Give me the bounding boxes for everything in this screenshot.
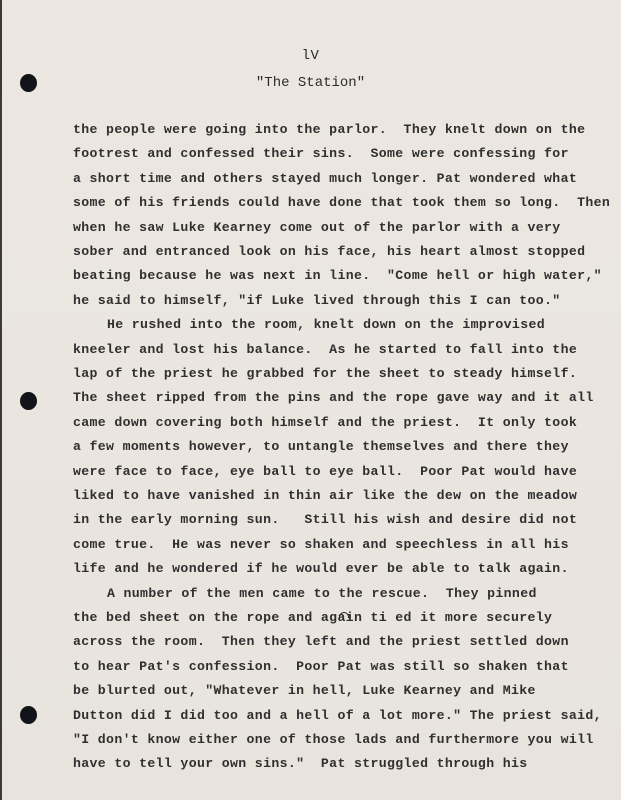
text-line: liked to have vanished in thin air like …	[73, 488, 577, 503]
text-line: when he saw Luke Kearney come out of the…	[73, 220, 561, 235]
page-number: lV	[0, 48, 621, 64]
text-line: "I don't know either one of those lads a…	[73, 732, 594, 747]
text-line: sober and entranced look on his face, hi…	[73, 244, 585, 259]
text-line: the people were going into the parlor. T…	[73, 122, 585, 137]
text-line: across the room. Then they left and the …	[73, 634, 569, 649]
text-line: The sheet ripped from the pins and the r…	[73, 390, 594, 405]
text-line: the bed sheet on the rope and again ti e…	[73, 610, 552, 625]
text-line: a short time and others stayed much long…	[73, 171, 577, 186]
page-edge-shadow	[0, 0, 2, 800]
text-line: beating because he was next in line. "Co…	[73, 268, 602, 283]
text-line: come true. He was never so shaken and sp…	[73, 537, 569, 552]
text-line: kneeler and lost his balance. As he star…	[73, 342, 577, 357]
text-line: footrest and confessed their sins. Some …	[73, 146, 569, 161]
text-line: lap of the priest he grabbed for the she…	[73, 366, 577, 381]
handwritten-correction-mark	[339, 612, 349, 618]
text-line: Dutton did I did too and a hell of a lot…	[73, 708, 602, 723]
text-line: be blurted out, "Whatever in hell, Luke …	[73, 683, 536, 698]
text-line: a few moments however, to untangle thems…	[73, 439, 569, 454]
text-line: have to tell your own sins." Pat struggl…	[73, 756, 528, 771]
text-line: to hear Pat's confession. Poor Pat was s…	[73, 659, 569, 674]
chapter-title: "The Station"	[0, 75, 621, 91]
text-line: A number of the men came to the rescue. …	[107, 586, 537, 601]
typed-page: lV "The Station" the people were going i…	[0, 0, 621, 800]
text-line: life and he wondered if he would ever be…	[73, 561, 569, 576]
text-line: were face to face, eye ball to eye ball.…	[73, 464, 577, 479]
text-line: some of his friends could have done that…	[73, 195, 610, 210]
punch-hole-bottom	[20, 706, 37, 724]
text-line: He rushed into the room, knelt down on t…	[107, 317, 545, 332]
text-line: in the early morning sun. Still his wish…	[73, 512, 577, 527]
text-line: he said to himself, "if Luke lived throu…	[73, 293, 561, 308]
text-line: came down covering both himself and the …	[73, 415, 577, 430]
punch-hole-middle	[20, 392, 37, 410]
